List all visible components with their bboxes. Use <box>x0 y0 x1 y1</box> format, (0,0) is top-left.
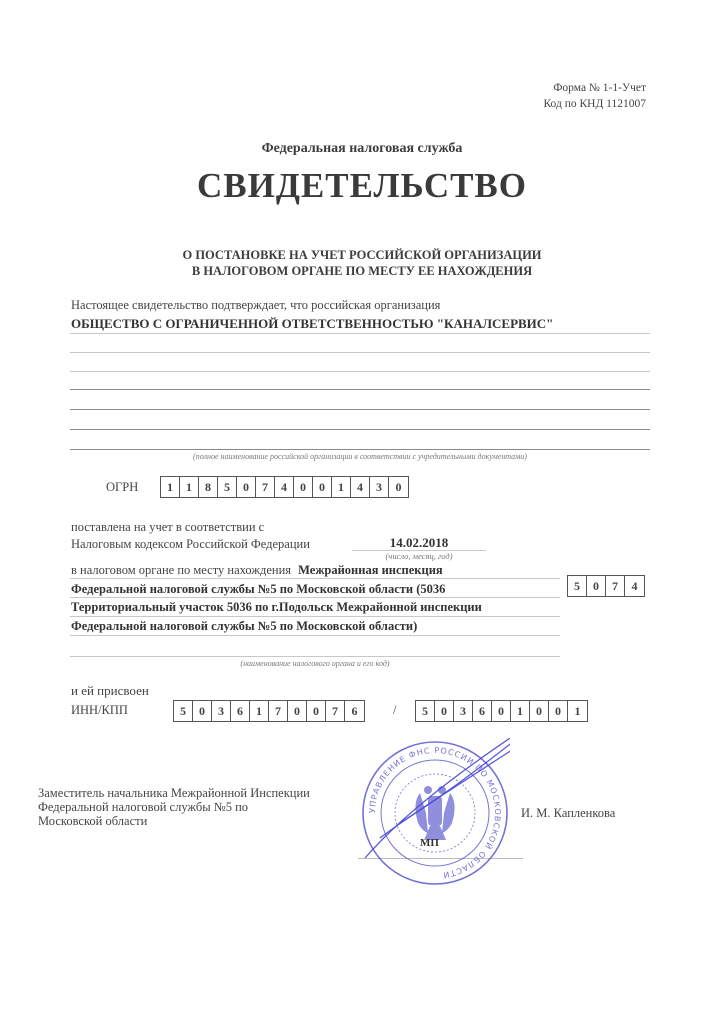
ogrn-digit: 4 <box>275 477 294 497</box>
inn-digit: 1 <box>250 701 269 721</box>
registration-date: 14.02.2018 <box>356 535 482 551</box>
tax-authority-intro: в налоговом органе по месту нахождения М… <box>71 563 443 578</box>
kpp-digit: 1 <box>568 701 587 721</box>
authority-caption: (наименование налогового органа и его ко… <box>70 659 560 668</box>
authority-line-1 <box>70 578 560 579</box>
registration-line-1: поставлена на учет в соответствии с <box>71 520 264 535</box>
signatory-position-line-1: Заместитель начальника Межрайонной Инспе… <box>38 786 310 800</box>
authority-line-4 <box>70 635 560 636</box>
name-line-1 <box>70 333 650 334</box>
authority-code-digit: 4 <box>625 576 644 596</box>
inn-digit: 3 <box>212 701 231 721</box>
ogrn-digit: 1 <box>161 477 180 497</box>
inn-digit: 7 <box>269 701 288 721</box>
kpp-digit: 0 <box>530 701 549 721</box>
tax-authority-line-3: Территориальный участок 5036 по г.Подоль… <box>71 600 482 615</box>
authority-code-boxes: 5074 <box>567 575 645 597</box>
kpp-digit: 6 <box>473 701 492 721</box>
signatory-position-line-3: Московской области <box>38 814 310 828</box>
kpp-boxes: 503601001 <box>415 700 588 722</box>
name-line-6 <box>70 429 650 430</box>
inn-kpp-label: ИНН/КПП <box>71 703 128 718</box>
kpp-digit: 3 <box>454 701 473 721</box>
inn-kpp-separator: / <box>393 703 396 718</box>
organization-intro: Настоящее свидетельство подтверждает, чт… <box>71 298 440 313</box>
ogrn-digit: 4 <box>351 477 370 497</box>
ogrn-digit: 0 <box>237 477 256 497</box>
tax-authority-intro-text: в налоговом органе по месту нахождения <box>71 563 291 577</box>
inn-digit: 0 <box>288 701 307 721</box>
knd-code: Код по КНД 1121007 <box>543 96 646 112</box>
inn-digit: 6 <box>231 701 250 721</box>
subtitle-line-1: О ПОСТАНОВКЕ НА УЧЕТ РОССИЙСКОЙ ОРГАНИЗА… <box>0 247 724 263</box>
authority-line-3 <box>70 616 560 617</box>
signatory-position: Заместитель начальника Межрайонной Инспе… <box>38 786 310 828</box>
ogrn-label: ОГРН <box>106 480 138 495</box>
inn-boxes: 5036170076 <box>173 700 365 722</box>
organization-caption: (полное наименование российской организа… <box>70 452 650 461</box>
assigned-intro: и ей присвоен <box>71 683 149 699</box>
authority-code-digit: 5 <box>568 576 587 596</box>
ogrn-digit: 1 <box>332 477 351 497</box>
document-subtitle: О ПОСТАНОВКЕ НА УЧЕТ РОССИЙСКОЙ ОРГАНИЗА… <box>0 247 724 279</box>
ogrn-digit: 7 <box>256 477 275 497</box>
name-line-4 <box>70 389 650 390</box>
subtitle-line-2: В НАЛОГОВОМ ОРГАНЕ ПО МЕСТУ ЕЕ НАХОЖДЕНИ… <box>0 263 724 279</box>
inn-digit: 6 <box>345 701 364 721</box>
registration-line-2: Налоговым кодексом Российской Федерации <box>71 537 310 552</box>
name-line-5 <box>70 409 650 410</box>
organization-name: ОБЩЕСТВО С ОГРАНИЧЕННОЙ ОТВЕТСТВЕННОСТЬЮ… <box>71 316 553 332</box>
kpp-digit: 5 <box>416 701 435 721</box>
name-line-2 <box>70 352 650 353</box>
ogrn-boxes: 1185074001430 <box>160 476 409 498</box>
authority-code-digit: 7 <box>606 576 625 596</box>
ogrn-digit: 3 <box>370 477 389 497</box>
signatory-position-line-2: Федеральной налоговой службы №5 по <box>38 800 310 814</box>
inn-digit: 0 <box>307 701 326 721</box>
signatory-name: И. М. Капленкова <box>521 806 615 821</box>
ogrn-digit: 0 <box>294 477 313 497</box>
name-line-7 <box>70 449 650 450</box>
official-stamp: УПРАВЛЕНИЕ ФНС РОССИИ ПО МОСКОВСКОЙ ОБЛА… <box>360 738 510 886</box>
form-number: Форма № 1-1-Учет <box>543 80 646 96</box>
inn-digit: 7 <box>326 701 345 721</box>
ogrn-digit: 0 <box>389 477 408 497</box>
document-title: СВИДЕТЕЛЬСТВО <box>0 166 724 206</box>
authority-line-2 <box>70 597 560 598</box>
tax-authority-line-4: Федеральной налоговой службы №5 по Моско… <box>71 619 417 634</box>
authority-line-5 <box>70 656 560 657</box>
kpp-digit: 0 <box>549 701 568 721</box>
ogrn-digit: 5 <box>218 477 237 497</box>
kpp-digit: 0 <box>492 701 511 721</box>
form-code-block: Форма № 1-1-Учет Код по КНД 1121007 <box>543 80 646 112</box>
kpp-digit: 0 <box>435 701 454 721</box>
name-line-3 <box>70 371 650 372</box>
tax-authority-line-2: Федеральной налоговой службы №5 по Моско… <box>71 582 445 597</box>
tax-authority-line-1: Межрайонная инспекция <box>298 563 443 577</box>
ogrn-digit: 1 <box>180 477 199 497</box>
inn-digit: 0 <box>193 701 212 721</box>
authority-code-digit: 0 <box>587 576 606 596</box>
stamp-mark: МП <box>420 837 439 849</box>
agency-name: Федеральная налоговая служба <box>0 141 724 157</box>
kpp-digit: 1 <box>511 701 530 721</box>
date-caption: (число, месяц, год) <box>352 551 486 561</box>
ogrn-digit: 8 <box>199 477 218 497</box>
ogrn-digit: 0 <box>313 477 332 497</box>
inn-digit: 5 <box>174 701 193 721</box>
